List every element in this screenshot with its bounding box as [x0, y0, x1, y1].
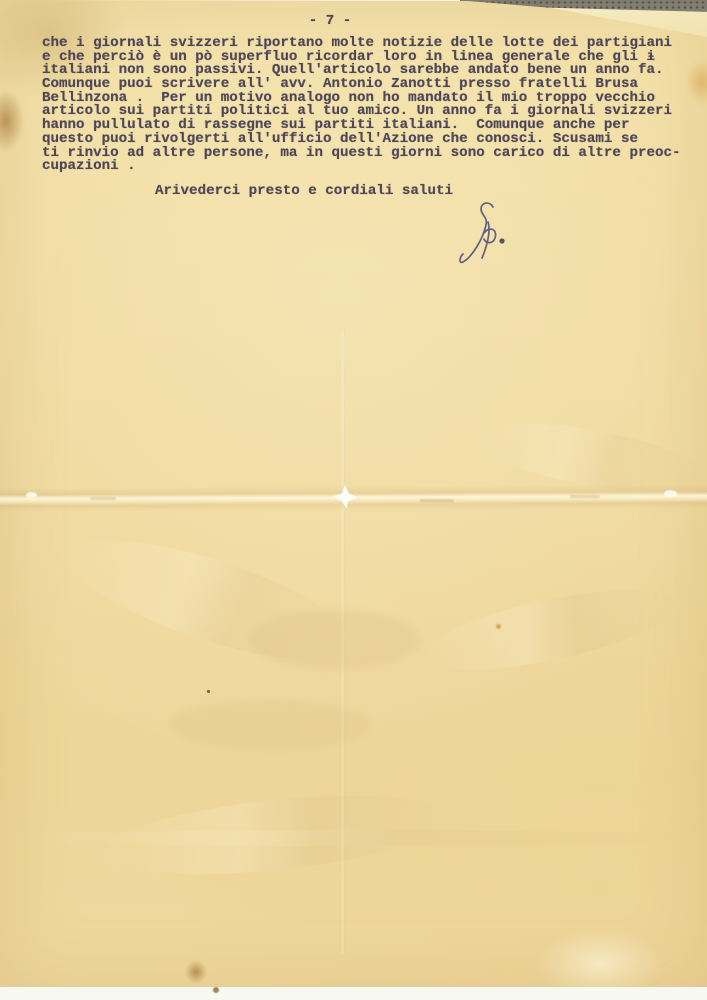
letter-body: che i giornali svizzeri riportano molte … — [42, 37, 702, 199]
typed-line: cupazioni . — [42, 160, 702, 174]
closing-line: Arivederci presto e cordiali saluti — [42, 185, 702, 199]
signature-glyph — [446, 200, 530, 270]
page-number: - 7 - — [240, 14, 420, 28]
typed-line: ti rinvio ad altre persone, ma in questi… — [42, 147, 702, 161]
handwritten-signature — [446, 200, 530, 270]
bottom-stain-dot — [213, 987, 219, 993]
